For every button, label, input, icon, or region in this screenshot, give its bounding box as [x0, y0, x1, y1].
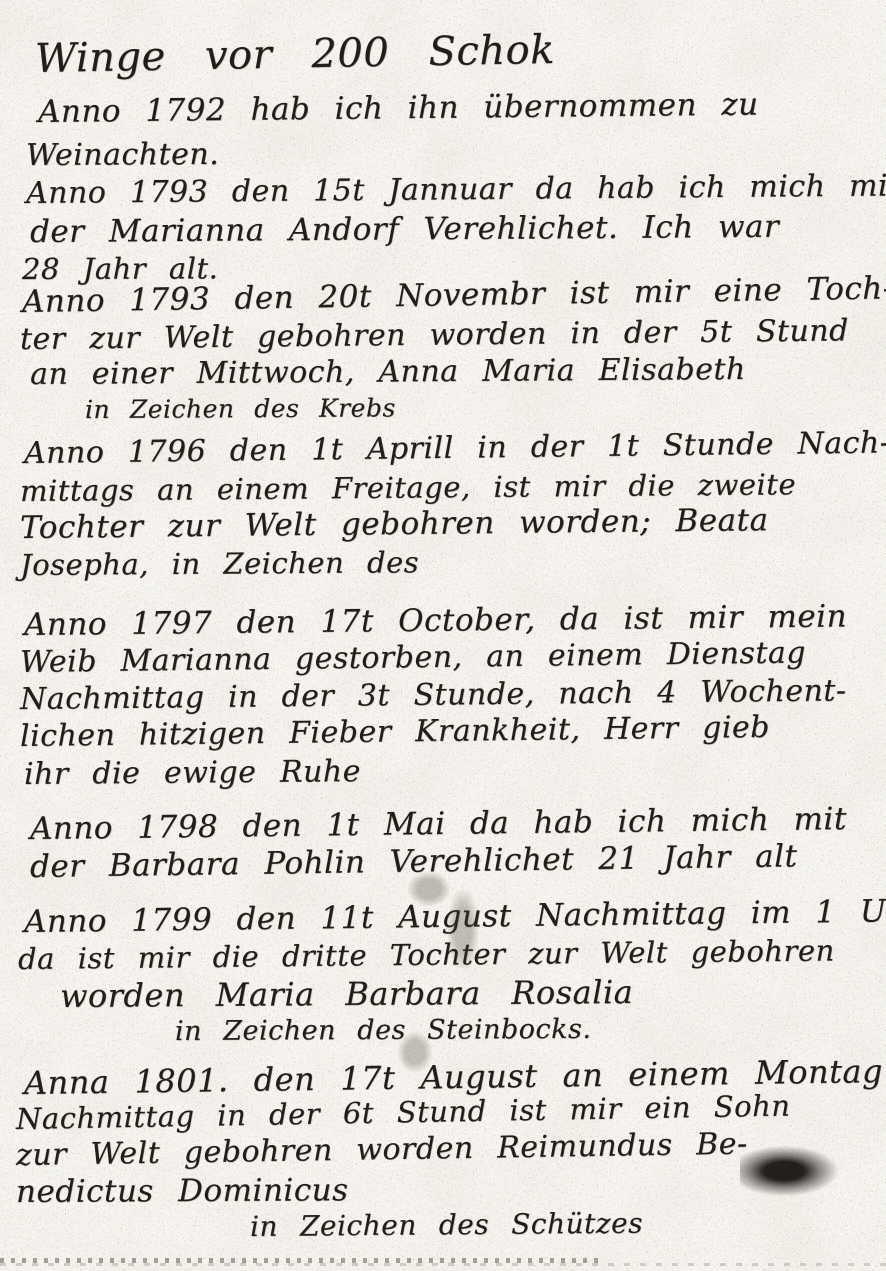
manuscript-line: Josepha, in Zeichen des — [20, 545, 419, 582]
manuscript-line: ter zur Welt gebohren worden in der 5t S… — [20, 313, 849, 357]
manuscript-line: Anno 1792 hab ich ihn übernommen zu — [38, 86, 759, 130]
manuscript-line: Weib Marianna gestorben, an einem Dienst… — [20, 635, 806, 680]
manuscript-line: da ist mir die dritte Tochter zur Welt g… — [18, 933, 835, 976]
manuscript-line: der Marianna Andorf Verehlichet. Ich war — [30, 209, 780, 250]
page-title-line: Winge vor 200 Schok — [35, 27, 556, 82]
manuscript-line: Anno 1793 den 15t Jannuar da hab ich mic… — [26, 168, 886, 211]
manuscript-line: Anno 1796 den 1t Aprill in der 1t Stunde… — [24, 425, 886, 471]
manuscript-line: an einer Mittwoch, Anna Maria Elisabeth — [30, 352, 746, 392]
manuscript-line: lichen hitzigen Fieber Krankheit, Herr g… — [20, 710, 770, 754]
manuscript-line: Tochter zur Welt gebohren worden; Beata — [20, 502, 769, 546]
zodiac-note-line: in Zeichen des Krebs — [85, 393, 396, 424]
manuscript-line: ihr die ewige Ruhe — [24, 754, 361, 792]
manuscript-line: Weinachten. — [26, 137, 219, 173]
manuscript-page: Winge vor 200 Schok Anno 1792 hab ich ih… — [0, 0, 886, 1271]
zodiac-note-line: in Zeichen des Steinbocks. — [175, 1014, 592, 1047]
manuscript-line: Anno 1799 den 11t August Nachmittag im 1… — [24, 893, 886, 940]
manuscript-line: worden Maria Barbara Rosalia — [60, 973, 633, 1015]
scan-edge-artifact — [0, 1263, 886, 1266]
zodiac-note-line: in Zeichen des Schützes — [250, 1207, 643, 1243]
manuscript-line: nedictus Dominicus — [16, 1172, 349, 1210]
ink-blot — [740, 1146, 838, 1196]
manuscript-line: mittags an einem Freitage, ist mir die z… — [20, 467, 796, 508]
